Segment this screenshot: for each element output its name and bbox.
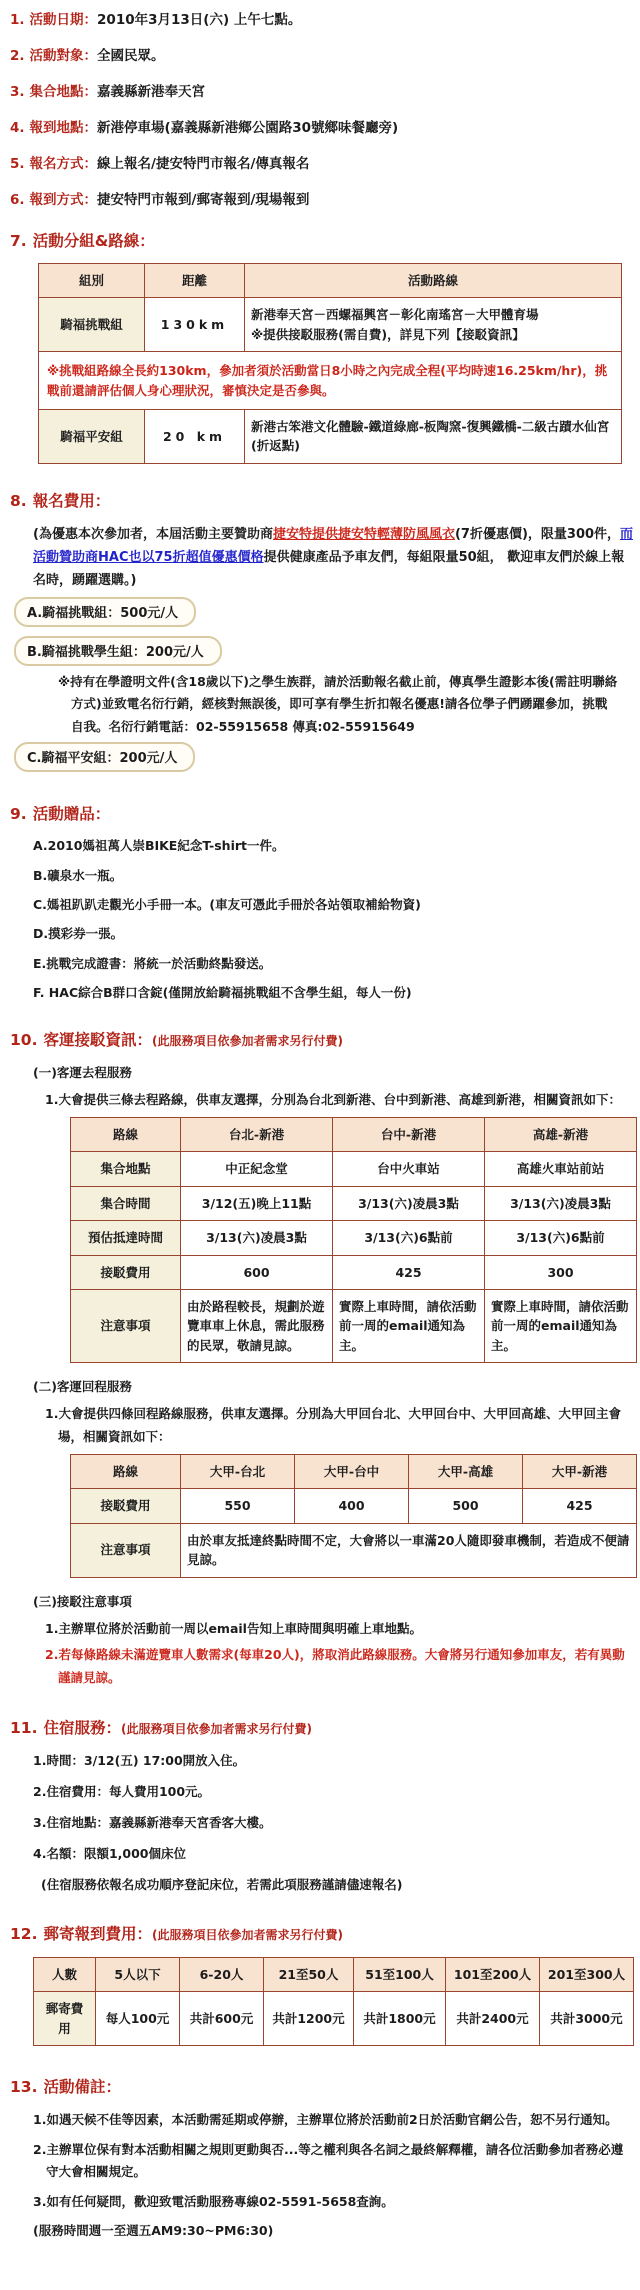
lodging-quota: 4.名額：限額1,000個床位	[33, 1844, 632, 1864]
fee-cell: 300	[485, 1255, 637, 1289]
subsection-outbound-title: (一)客運去程服務	[33, 1063, 632, 1083]
subsection-shuttle-notes-title: (三)接駁注意事項	[33, 1592, 632, 1612]
item-label: 報到方式：	[30, 192, 98, 208]
item-value: 全國民眾。	[97, 48, 165, 64]
table-row-notes: 注意事項 由於路程較長，規劃於遊覽車車上休息，需此服務的民眾，敬請見諒。 實際上…	[71, 1289, 637, 1362]
header-dajia-taipei: 大甲-台北	[181, 1455, 295, 1489]
row-label: 郵寄費用	[34, 1992, 96, 2046]
section-8-heading: 8.報名費用：	[10, 490, 632, 512]
section-10-heading: 10.客運接駁資訊：(此服務項目依參加者需求另行付費)	[10, 1029, 632, 1052]
table-row-fee: 接駁費用 600 425 300	[71, 1255, 637, 1289]
event-info-page: 1.活動日期：2010年3月13日(六) 上午七點。 2.活動對象：全國民眾。 …	[0, 0, 640, 2290]
note-cell: 實際上車時間，請依活動前一周的email通知為主。	[333, 1289, 485, 1362]
header-dajia-singang: 大甲-新港	[523, 1455, 637, 1489]
lodging-note: (住宿服務依報名成功順序登記床位，若需此項服務謹請儘速報名)	[41, 1875, 632, 1895]
table-row-fee: 接駁費用 550 400 500 425	[71, 1489, 637, 1523]
item-number: 1.	[10, 12, 25, 28]
fee-cell: 共計3000元	[540, 1992, 634, 2046]
item-value: 捷安特門市報到/郵寄報到/現場報到	[97, 192, 309, 208]
section-title: 客運接駁資訊：	[43, 1031, 152, 1049]
section-title: 活動分組&路線：	[33, 232, 155, 250]
fee-cell: 550	[181, 1489, 295, 1523]
header-kaohsiung: 高雄-新港	[485, 1118, 637, 1152]
paragraph-text: (為優惠本次參加者，本屆活動主要贊助商	[33, 527, 273, 542]
section-title: 報名費用：	[33, 492, 111, 510]
cell: 3/13(六)6點前	[485, 1221, 637, 1255]
section-number: 9.	[10, 805, 27, 823]
shuttle-note-1: 1.主辦單位將於活動前一周以email告知上車時間與明確上車地點。	[45, 1618, 625, 1641]
route-line: 新港古笨港文化體驗-鐵道綠廊-板陶窯-復興鐵橋-二級古蹟水仙宮(折返點)	[245, 409, 622, 463]
gift-item-tshirt: A.2010媽祖萬人崇BIKE紀念T-shirt一件。	[33, 836, 632, 855]
row-label: 注意事項	[71, 1523, 181, 1577]
table-row-arrival: 預估抵達時間 3/13(六)凌晨3點 3/13(六)6點前 3/13(六)6點前	[71, 1221, 637, 1255]
section-number: 13.	[10, 2078, 37, 2096]
note-cell: 由於車友抵達終點時間不定，大會將以一車滿20人隨即發車機制，若造成不便請見諒。	[181, 1523, 637, 1577]
header-6to20: 6-20人	[180, 1958, 264, 1992]
paragraph-text: (7折優惠價)，限量300件，	[455, 527, 620, 542]
gift-item-certificate: E.挑戰完成證書：將統一於活動終點發送。	[33, 954, 632, 973]
item-number: 2.	[10, 48, 25, 64]
section-title: 活動備註：	[43, 2078, 121, 2096]
fee-cell: 共計600元	[180, 1992, 264, 2046]
header-route: 路線	[71, 1118, 181, 1152]
remark-weather: 1.如遇天候不佳等因素，本活動需延期或停辦，主辦單位將於活動前2日於活動官網公告…	[33, 2109, 633, 2132]
table-row-pingan: 騎福平安組 20 km 新港古笨港文化體驗-鐵道綠廊-板陶窯-復興鐵橋-二級古蹟…	[39, 409, 622, 463]
header-route: 活動路線	[245, 264, 622, 298]
row-label: 接駁費用	[71, 1489, 181, 1523]
mail-checkin-fee-table: 人數 5人以下 6-20人 21至50人 51至100人 101至200人 20…	[33, 1957, 634, 2046]
table-header-row: 組別 距離 活動路線	[39, 264, 622, 298]
outbound-description: 1.大會提供三條去程路線，供車友選擇，分別為台北到新港、台中到新港、高雄到新港，…	[45, 1089, 625, 1112]
row-label: 注意事項	[71, 1289, 181, 1362]
section-13-heading: 13.活動備註：	[10, 2076, 632, 2098]
header-under5: 5人以下	[96, 1958, 180, 1992]
item-number: 5.	[10, 156, 25, 172]
item-number: 4.	[10, 120, 25, 136]
group-distance: 20 km	[145, 409, 245, 463]
header-21to50: 21至50人	[264, 1958, 354, 1992]
section-title-note: (此服務項目依參加者需求另行付費)	[152, 1034, 343, 1048]
row-label: 接駁費用	[71, 1255, 181, 1289]
fee-cell: 600	[181, 1255, 333, 1289]
header-group: 組別	[39, 264, 145, 298]
section-title: 郵寄報到費用：	[43, 1925, 152, 1943]
cell: 3/13(六)凌晨3點	[485, 1186, 637, 1220]
section-title-note: (此服務項目依參加者需求另行付費)	[121, 1722, 312, 1736]
route-line: 新港奉天宮－西螺福興宮－彰化南瑤宮－大甲體育場	[251, 305, 615, 324]
cell: 3/13(六)6點前	[333, 1221, 485, 1255]
section-number: 10.	[10, 1031, 37, 1049]
gift-item-water: B.礦泉水一瓶。	[33, 866, 632, 885]
fee-cell: 425	[333, 1255, 485, 1289]
challenge-note: ※挑戰組路線全長約130km，參加者須於活動當日8小時之內完成全程(平均時速16…	[39, 352, 622, 410]
cell: 高雄火車站前站	[485, 1152, 637, 1186]
gift-item-raffle: D.摸彩券一張。	[33, 924, 632, 943]
item-value: 2010年3月13日(六) 上午七點。	[97, 12, 301, 28]
item-label: 集合地點：	[30, 84, 98, 100]
section-9-heading: 9.活動贈品：	[10, 803, 632, 825]
item-number: 6.	[10, 192, 25, 208]
header-route: 路線	[71, 1455, 181, 1489]
route-note: ※提供接駁服務(需自費)，詳見下列【接駁資訊】	[251, 325, 615, 344]
group-route-table: 組別 距離 活動路線 騎福挑戰組 130km 新港奉天宮－西螺福興宮－彰化南瑤宮…	[38, 263, 622, 464]
info-item-meeting-place: 3.集合地點：嘉義縣新港奉天宮	[10, 82, 632, 102]
row-label: 集合時間	[71, 1186, 181, 1220]
remark-hotline: 3.如有任何疑問，歡迎致電活動服務專線02-5591-5658查詢。	[33, 2191, 633, 2214]
note-cell: 實際上車時間，請依活動前一周的email通知為主。	[485, 1289, 637, 1362]
fee-box-pingan: C.騎福平安組：200元/人	[14, 742, 195, 772]
item-number: 3.	[10, 84, 25, 100]
section-title: 住宿服務：	[43, 1719, 121, 1737]
fee-cell: 共計2400元	[446, 1992, 540, 2046]
cell: 3/13(六)凌晨3點	[333, 1186, 485, 1220]
table-header-row: 路線 台北-新港 台中-新港 高雄-新港	[71, 1118, 637, 1152]
cell: 台中火車站	[333, 1152, 485, 1186]
fee-box-challenge: A.騎福挑戰組：500元/人	[14, 597, 196, 627]
item-value: 線上報名/捷安特門市報名/傳真報名	[97, 156, 309, 172]
table-header-row: 路線 大甲-台北 大甲-台中 大甲-高雄 大甲-新港	[71, 1455, 637, 1489]
item-label: 報到地點：	[30, 120, 98, 136]
info-item-audience: 2.活動對象：全國民眾。	[10, 46, 632, 66]
fee-cell: 共計1800元	[354, 1992, 446, 2046]
item-label: 活動日期：	[30, 12, 98, 28]
table-row-fee: 郵寄費用 每人100元 共計600元 共計1200元 共計1800元 共計240…	[34, 1992, 634, 2046]
cell: 3/12(五)晚上11點	[181, 1186, 333, 1220]
outbound-shuttle-table: 路線 台北-新港 台中-新港 高雄-新港 集合地點 中正紀念堂 台中火車站 高雄…	[70, 1117, 637, 1363]
fee-cell: 共計1200元	[264, 1992, 354, 2046]
table-row-meet-time: 集合時間 3/12(五)晚上11點 3/13(六)凌晨3點 3/13(六)凌晨3…	[71, 1186, 637, 1220]
fee-cell: 每人100元	[96, 1992, 180, 2046]
section-title-note: (此服務項目依參加者需求另行付費)	[152, 1928, 343, 1942]
info-item-checkin-place: 4.報到地點：新港停車場(嘉義縣新港鄉公園路30號鄉味餐廳旁)	[10, 118, 632, 138]
student-discount-note: ※持有在學證明文件(含18歲以下)之學生族群，請於活動報名截止前，傳真學生證影本…	[58, 671, 618, 739]
item-value: 嘉義縣新港奉天宮	[97, 84, 205, 100]
section-number: 7.	[10, 232, 27, 250]
section-number: 12.	[10, 1925, 37, 1943]
giant-windbreaker-link[interactable]: 捷安特提供捷安特輕薄防風風衣	[273, 527, 455, 542]
lodging-place: 3.住宿地點：嘉義縣新港奉天宮香客大樓。	[33, 1813, 632, 1833]
subsection-return-title: (二)客運回程服務	[33, 1377, 632, 1397]
header-distance: 距離	[145, 264, 245, 298]
table-row-note: ※挑戰組路線全長約130km，參加者須於活動當日8小時之內完成全程(平均時速16…	[39, 352, 622, 410]
header-101to200: 101至200人	[446, 1958, 540, 1992]
gift-item-hac: F. HAC綜合B群口含錠(僅開放給騎福挑戰組不含學生組，每人一份)	[33, 983, 632, 1002]
fee-cell: 500	[409, 1489, 523, 1523]
item-value: 新港停車場(嘉義縣新港鄉公園路30號鄉味餐廳旁)	[97, 120, 398, 136]
group-distance: 130km	[145, 298, 245, 352]
item-label: 活動對象：	[30, 48, 98, 64]
header-51to100: 51至100人	[354, 1958, 446, 1992]
header-taichung: 台中-新港	[333, 1118, 485, 1152]
note-cell: 由於路程較長，規劃於遊覽車車上休息，需此服務的民眾，敬請見諒。	[181, 1289, 333, 1362]
header-201to300: 201至300人	[540, 1958, 634, 1992]
return-shuttle-table: 路線 大甲-台北 大甲-台中 大甲-高雄 大甲-新港 接駁費用 550 400 …	[70, 1454, 637, 1578]
fee-box-student: B.騎福挑戰學生組：200元/人	[14, 636, 222, 666]
cell: 3/13(六)凌晨3點	[181, 1221, 333, 1255]
table-row-challenge: 騎福挑戰組 130km 新港奉天宮－西螺福興宮－彰化南瑤宮－大甲體育場 ※提供接…	[39, 298, 622, 352]
section-7-heading: 7.活動分組&路線：	[10, 230, 632, 252]
info-item-register-method: 5.報名方式：線上報名/捷安特門市報名/傳真報名	[10, 154, 632, 174]
lodging-fee: 2.住宿費用：每人費用100元。	[33, 1782, 632, 1802]
section-11-heading: 11.住宿服務：(此服務項目依參加者需求另行付費)	[10, 1717, 632, 1740]
lodging-time: 1.時間：3/12(五) 17:00開放入住。	[33, 1751, 632, 1771]
row-label: 預估抵達時間	[71, 1221, 181, 1255]
remark-rules: 2.主辦單位保有對本活動相關之規則更動與否...等之權利與各名詞之最終解釋權，請…	[33, 2139, 633, 2184]
section-12-heading: 12.郵寄報到費用：(此服務項目依參加者需求另行付費)	[10, 1923, 632, 1946]
group-name: 騎福挑戰組	[39, 298, 145, 352]
section-number: 8.	[10, 492, 27, 510]
table-row-notes: 注意事項 由於車友抵達終點時間不定，大會將以一車滿20人隨即發車機制，若造成不便…	[71, 1523, 637, 1577]
fee-cell: 400	[295, 1489, 409, 1523]
group-name: 騎福平安組	[39, 409, 145, 463]
header-people: 人數	[34, 1958, 96, 1992]
header-dajia-kaohsiung: 大甲-高雄	[409, 1455, 523, 1489]
fee-cell: 425	[523, 1489, 637, 1523]
section-title: 活動贈品：	[33, 805, 111, 823]
remark-service-hours: (服務時間週一至週五AM9:30~PM6:30)	[33, 2220, 633, 2243]
info-item-checkin-method: 6.報到方式：捷安特門市報到/郵寄報到/現場報到	[10, 190, 632, 210]
return-description: 1.大會提供四條回程路線服務，供車友選擇。分別為大甲回台北、大甲回台中、大甲回高…	[45, 1403, 625, 1448]
shuttle-note-2: 2.若每條路線未滿遊覽車人數需求(每車20人)，將取消此路線服務。大會將另行通知…	[45, 1644, 625, 1689]
cell: 中正紀念堂	[181, 1152, 333, 1186]
section-number: 11.	[10, 1719, 37, 1737]
item-label: 報名方式：	[30, 156, 98, 172]
header-taipei: 台北-新港	[181, 1118, 333, 1152]
table-header-row: 人數 5人以下 6-20人 21至50人 51至100人 101至200人 20…	[34, 1958, 634, 1992]
row-label: 集合地點	[71, 1152, 181, 1186]
info-item-date: 1.活動日期：2010年3月13日(六) 上午七點。	[10, 10, 632, 30]
gift-item-handbook: C.媽祖趴趴走觀光小手冊一本。(車友可憑此手冊於各站領取補給物資)	[33, 895, 632, 914]
fee-intro-paragraph: (為優惠本次參加者，本屆活動主要贊助商捷安特提供捷安特輕薄防風風衣(7折優惠價)…	[33, 523, 637, 593]
header-dajia-taichung: 大甲-台中	[295, 1455, 409, 1489]
table-row-meet-place: 集合地點 中正紀念堂 台中火車站 高雄火車站前站	[71, 1152, 637, 1186]
